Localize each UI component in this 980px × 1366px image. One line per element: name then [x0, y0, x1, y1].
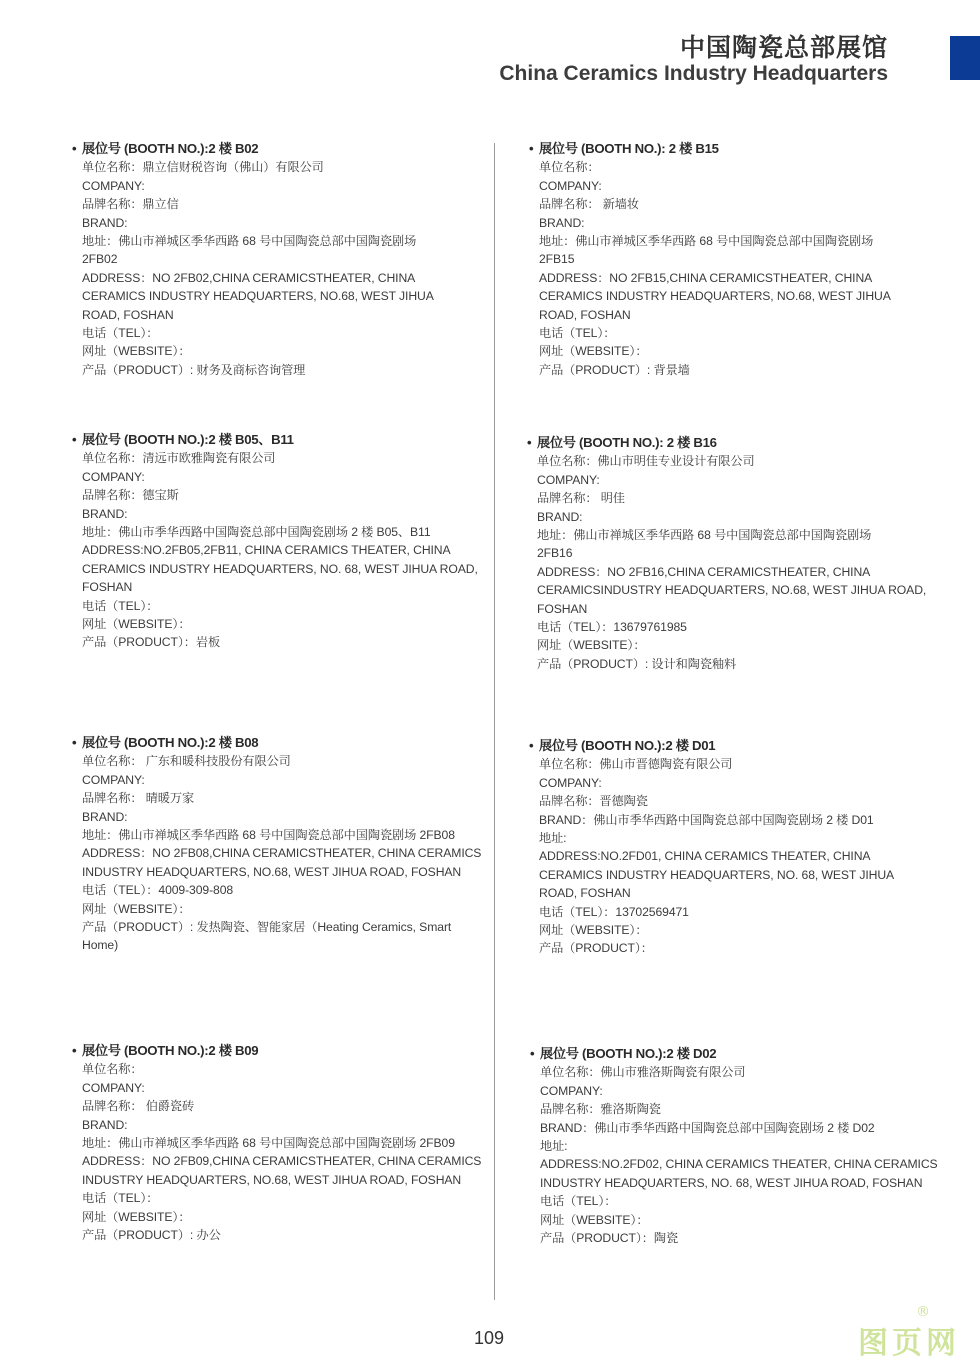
address-cn: 地址：佛山市禅城区季华西路 68 号中国陶瓷总部中国陶瓷剧场 2FB09: [82, 1134, 502, 1152]
bullet-icon: •: [72, 431, 82, 449]
exhibitor-entry: •展位号 (BOOTH NO.):2 楼 B02 单位名称：鼎立信财税咨询（佛山…: [82, 140, 502, 379]
brand-en: BRAND：佛山市季华西路中国陶瓷总部中国陶瓷剧场 2 楼 D01: [539, 811, 959, 829]
address-cn: 地址:: [540, 1137, 960, 1155]
product: 产品（PRODUCT）: 办公: [82, 1226, 502, 1244]
company-cn: 单位名称：佛山市雅洛斯陶瓷有限公司: [540, 1063, 960, 1081]
booth-title: •展位号 (BOOTH NO.):2 楼 D02: [530, 1045, 960, 1063]
brand-en: BRAND:: [82, 808, 502, 826]
brand-cn: 品牌名称：雅洛斯陶瓷: [540, 1100, 960, 1118]
watermark-text: 图页网: [858, 1326, 960, 1361]
website: 网址（WEBSITE）：: [82, 900, 502, 918]
exhibitor-entry: •展位号 (BOOTH NO.):2 楼 B08 单位名称： 广东和暖科技股份有…: [82, 734, 502, 955]
address-cn: 地址：佛山市禅城区季华西路 68 号中国陶瓷总部中国陶瓷剧场: [537, 526, 957, 544]
website: 网址（WEBSITE）：: [82, 615, 502, 633]
brand-en: BRAND:: [82, 214, 502, 232]
booth-number: 展位号 (BOOTH NO.): 2 楼 B16: [537, 435, 717, 450]
exhibitor-entry: •展位号 (BOOTH NO.):2 楼 D01 单位名称：佛山市晋德陶瓷有限公…: [539, 737, 959, 958]
product: 产品（PRODUCT）：岩板: [82, 633, 502, 651]
brand-cn: 品牌名称：晋德陶瓷: [539, 792, 959, 810]
company-en: COMPANY:: [82, 771, 502, 789]
exhibitor-entry: •展位号 (BOOTH NO.):2 楼 D02 单位名称：佛山市雅洛斯陶瓷有限…: [540, 1045, 960, 1247]
website: 网址（WEBSITE）：: [539, 921, 959, 939]
booth-title: •展位号 (BOOTH NO.):2 楼 B08: [72, 734, 502, 752]
address-cn: 地址：佛山市季华西路中国陶瓷总部中国陶瓷剧场 2 楼 B05、B11: [82, 523, 502, 541]
address-en: ADDRESS：NO 2FB16,CHINA CERAMICSTHEATER, …: [537, 563, 957, 581]
page-number: 109: [474, 1328, 504, 1349]
address-en: ADDRESS:NO.2FB05,2FB11, CHINA CERAMICS T…: [82, 541, 502, 559]
bullet-icon: •: [530, 1045, 540, 1063]
address-cn: 地址：佛山市禅城区季华西路 68 号中国陶瓷总部中国陶瓷剧场 2FB08: [82, 826, 502, 844]
bullet-icon: •: [529, 737, 539, 755]
website: 网址（WEBSITE）：: [82, 342, 502, 360]
product-cont: Home): [82, 936, 502, 954]
address-en-cont: INDUSTRY HEADQUARTERS, NO. 68, WEST JIHU…: [540, 1174, 960, 1192]
registered-mark-icon: ®: [916, 1304, 930, 1320]
tel: 电话（TEL）：13679761985: [537, 618, 957, 636]
address-en-cont: CERAMICS INDUSTRY HEADQUARTERS, NO. 68, …: [539, 866, 959, 884]
exhibitor-entry: •展位号 (BOOTH NO.):2 楼 B09 单位名称： COMPANY: …: [82, 1042, 502, 1244]
booth-number: 展位号 (BOOTH NO.):2 楼 B09: [82, 1043, 258, 1058]
tel: 电话（TEL）：: [540, 1192, 960, 1210]
company-en: COMPANY:: [82, 468, 502, 486]
tel: 电话（TEL）：: [539, 324, 959, 342]
company-en: COMPANY:: [537, 471, 957, 489]
address-cn-cont: 2FB15: [539, 250, 959, 268]
address-en-cont: ROAD, FOSHAN: [539, 884, 959, 902]
tel: 电话（TEL）：4009-309-808: [82, 881, 502, 899]
booth-title: •展位号 (BOOTH NO.): 2 楼 B16: [527, 434, 957, 452]
address-cn-cont: 2FB16: [537, 544, 957, 562]
brand-cn: 品牌名称： 晴暖万家: [82, 789, 502, 807]
booth-title: •展位号 (BOOTH NO.):2 楼 B02: [72, 140, 502, 158]
company-cn: 单位名称：佛山市晋德陶瓷有限公司: [539, 755, 959, 773]
booth-number: 展位号 (BOOTH NO.):2 楼 B02: [82, 141, 258, 156]
address-cn: 地址:: [539, 829, 959, 847]
product: 产品（PRODUCT）: 设计和陶瓷釉料: [537, 655, 957, 673]
address-en-cont: CERAMICS INDUSTRY HEADQUARTERS, NO. 68, …: [82, 560, 502, 578]
address-en-cont: ROAD, FOSHAN: [539, 306, 959, 324]
booth-title: •展位号 (BOOTH NO.):2 楼 B05、B11: [72, 431, 502, 449]
booth-title: •展位号 (BOOTH NO.):2 楼 D01: [529, 737, 959, 755]
booth-number: 展位号 (BOOTH NO.):2 楼 B08: [82, 735, 258, 750]
company-cn: 单位名称：佛山市明佳专业设计有限公司: [537, 452, 957, 470]
brand-en: BRAND:: [82, 505, 502, 523]
brand-cn: 品牌名称：鼎立信: [82, 195, 502, 213]
brand-cn: 品牌名称： 伯爵瓷砖: [82, 1097, 502, 1115]
brand-cn: 品牌名称： 明佳: [537, 489, 957, 507]
exhibitor-entry: •展位号 (BOOTH NO.):2 楼 B05、B11 单位名称：清远市欧雅陶…: [82, 431, 502, 652]
exhibitor-entry: •展位号 (BOOTH NO.): 2 楼 B16 单位名称：佛山市明佳专业设计…: [537, 434, 957, 673]
product: 产品（PRODUCT）: 背景墙: [539, 361, 959, 379]
tel: 电话（TEL）：: [82, 1189, 502, 1207]
brand-en: BRAND:: [539, 214, 959, 232]
brand-en: BRAND:: [537, 508, 957, 526]
product: 产品（PRODUCT）：: [539, 939, 959, 957]
booth-number: 展位号 (BOOTH NO.):2 楼 B05、B11: [82, 432, 294, 447]
bullet-icon: •: [72, 734, 82, 752]
bullet-icon: •: [529, 140, 539, 158]
brand-en: BRAND:: [82, 1116, 502, 1134]
address-en: ADDRESS:NO.2FD01, CHINA CERAMICS THEATER…: [539, 847, 959, 865]
tel: 电话（TEL）：13702569471: [539, 903, 959, 921]
company-en: COMPANY:: [82, 177, 502, 195]
address-en: ADDRESS：NO 2FB15,CHINA CERAMICSTHEATER, …: [539, 269, 959, 287]
company-cn: 单位名称：: [82, 1060, 502, 1078]
company-cn: 单位名称：鼎立信财税咨询（佛山）有限公司: [82, 158, 502, 176]
address-en-cont: INDUSTRY HEADQUARTERS, NO.68, WEST JIHUA…: [82, 1171, 502, 1189]
watermark-logo: 图页网 ®: [858, 1318, 960, 1362]
address-en: ADDRESS：NO 2FB08,CHINA CERAMICSTHEATER, …: [82, 844, 502, 862]
address-cn: 地址：佛山市禅城区季华西路 68 号中国陶瓷总部中国陶瓷剧场: [82, 232, 502, 250]
booth-number: 展位号 (BOOTH NO.): 2 楼 B15: [539, 141, 719, 156]
company-cn: 单位名称：清远市欧雅陶瓷有限公司: [82, 449, 502, 467]
booth-title: •展位号 (BOOTH NO.):2 楼 B09: [72, 1042, 502, 1060]
bullet-icon: •: [72, 1042, 82, 1060]
company-en: COMPANY:: [82, 1079, 502, 1097]
header-title-cn: 中国陶瓷总部展馆: [680, 33, 888, 63]
company-en: COMPANY:: [539, 774, 959, 792]
header-title-en: China Ceramics Industry Headquarters: [499, 60, 888, 88]
exhibitor-entry: •展位号 (BOOTH NO.): 2 楼 B15 单位名称： COMPANY:…: [539, 140, 959, 379]
booth-number: 展位号 (BOOTH NO.):2 楼 D01: [539, 738, 715, 753]
tel: 电话（TEL）：: [82, 324, 502, 342]
product: 产品（PRODUCT）: 财务及商标咨询管理: [82, 361, 502, 379]
address-en: ADDRESS：NO 2FB02,CHINA CERAMICSTHEATER, …: [82, 269, 502, 287]
booth-number: 展位号 (BOOTH NO.):2 楼 D02: [540, 1046, 716, 1061]
bullet-icon: •: [527, 434, 537, 452]
address-cn-cont: 2FB02: [82, 250, 502, 268]
company-cn: 单位名称： 广东和暖科技股份有限公司: [82, 752, 502, 770]
website: 网址（WEBSITE）：: [537, 636, 957, 654]
address-cn: 地址：佛山市禅城区季华西路 68 号中国陶瓷总部中国陶瓷剧场: [539, 232, 959, 250]
address-en-cont: CERAMICSINDUSTRY HEADQUARTERS, NO.68, WE…: [537, 581, 957, 599]
company-cn: 单位名称：: [539, 158, 959, 176]
address-en: ADDRESS：NO 2FB09,CHINA CERAMICSTHEATER, …: [82, 1152, 502, 1170]
section-tab-marker: [950, 36, 980, 80]
address-en-cont: CERAMICS INDUSTRY HEADQUARTERS, NO.68, W…: [82, 287, 502, 305]
address-en-cont: INDUSTRY HEADQUARTERS, NO.68, WEST JIHUA…: [82, 863, 502, 881]
company-en: COMPANY:: [540, 1082, 960, 1100]
address-en-cont: CERAMICS INDUSTRY HEADQUARTERS, NO.68, W…: [539, 287, 959, 305]
address-en-cont: ROAD, FOSHAN: [82, 306, 502, 324]
address-en-cont: FOSHAN: [537, 600, 957, 618]
brand-cn: 品牌名称：德宝斯: [82, 486, 502, 504]
tel: 电话（TEL）：: [82, 597, 502, 615]
product: 产品（PRODUCT）：陶瓷: [540, 1229, 960, 1247]
brand-cn: 品牌名称： 新墙妆: [539, 195, 959, 213]
address-en: ADDRESS:NO.2FD02, CHINA CERAMICS THEATER…: [540, 1155, 960, 1173]
product: 产品（PRODUCT）: 发热陶瓷、智能家居（Heating Ceramics,…: [82, 918, 502, 936]
brand-en: BRAND：佛山市季华西路中国陶瓷总部中国陶瓷剧场 2 楼 D02: [540, 1119, 960, 1137]
company-en: COMPANY:: [539, 177, 959, 195]
booth-title: •展位号 (BOOTH NO.): 2 楼 B15: [529, 140, 959, 158]
website: 网址（WEBSITE）：: [540, 1211, 960, 1229]
address-en-cont: FOSHAN: [82, 578, 502, 596]
website: 网址（WEBSITE）：: [539, 342, 959, 360]
website: 网址（WEBSITE）：: [82, 1208, 502, 1226]
bullet-icon: •: [72, 140, 82, 158]
